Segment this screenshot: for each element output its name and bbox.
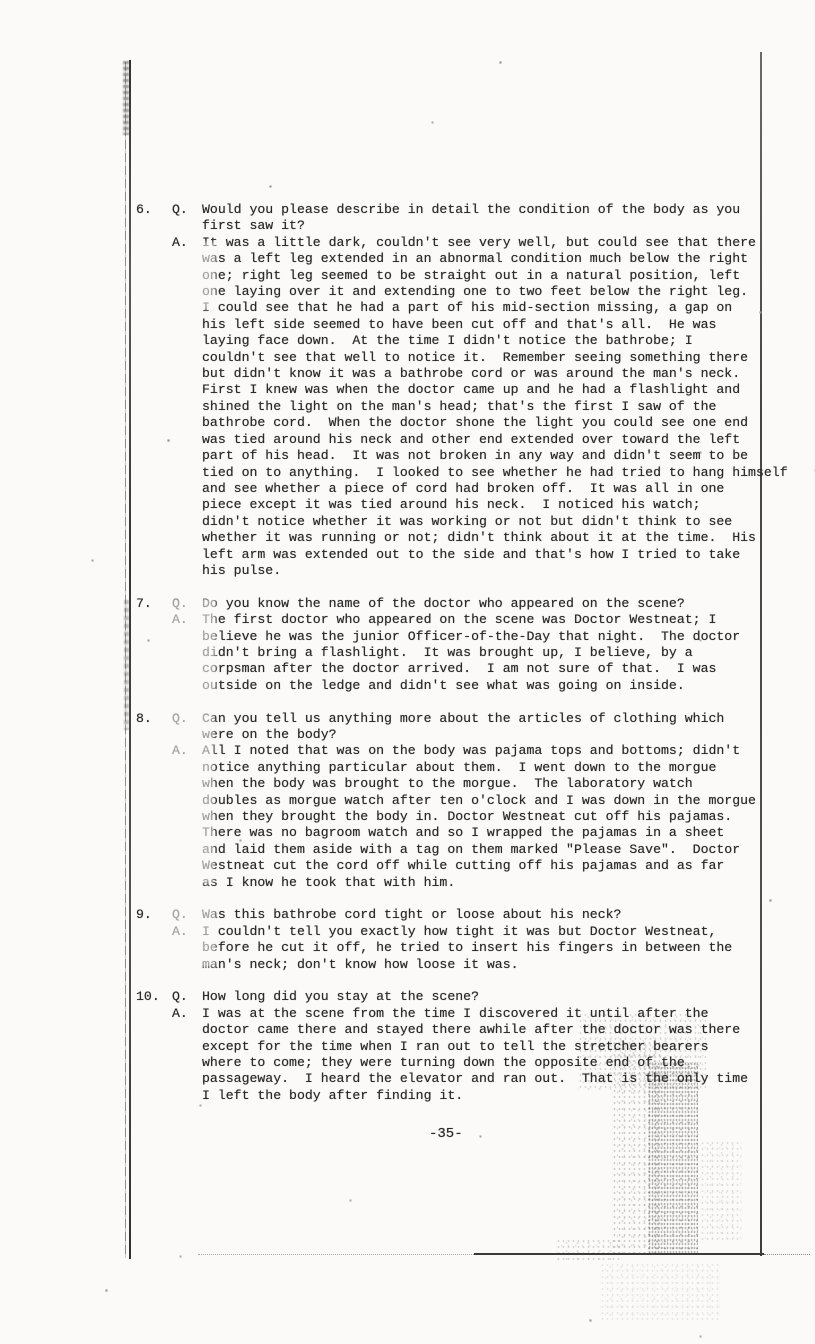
question-block: Q. Would you please describe in detail t…: [172, 202, 812, 235]
left-edge-line-inner: [129, 60, 131, 1259]
smudge-noise: [600, 1262, 720, 1322]
smudge-noise: [700, 1140, 742, 1240]
qa-item: 7. Q. Do you know the name of the doctor…: [136, 596, 812, 694]
scan-specks: [0, 0, 1, 1]
answer-block: A. It was a little dark, couldn't see ve…: [172, 235, 812, 580]
answer-text: I was at the scene from the time I disco…: [202, 1006, 812, 1104]
smudge-noise: [556, 1238, 620, 1260]
answer-block: A. I was at the scene from the time I di…: [172, 1006, 812, 1104]
question-marker: Q.: [172, 202, 188, 218]
scanned-document-page: 6. Q. Would you please describe in detai…: [0, 0, 815, 1344]
question-block: Q. Can you tell us anything more about t…: [172, 711, 812, 744]
answer-marker: A.: [172, 1006, 188, 1022]
item-number: 9.: [136, 907, 152, 923]
item-number: 8.: [136, 711, 152, 727]
question-text: Was this bathrobe cord tight or loose ab…: [202, 907, 812, 923]
qa-list: 6. Q. Would you please describe in detai…: [136, 202, 812, 1121]
answer-block: A. All I noted that was on the body was …: [172, 743, 812, 891]
left-edge-smudge-mid: [124, 600, 129, 730]
answer-text: I couldn't tell you exactly how tight it…: [202, 924, 812, 973]
left-edge-smudge-top: [123, 61, 129, 135]
faded-ink-overlay: [196, 242, 216, 310]
qa-item: 10. Q. How long did you stay at the scen…: [136, 989, 812, 1104]
question-block: Q. How long did you stay at the scene?: [172, 989, 812, 1005]
answer-block: A. The first doctor who appeared on the …: [172, 612, 812, 694]
answer-text: The first doctor who appeared on the sce…: [202, 612, 812, 694]
question-marker: Q.: [172, 989, 188, 1005]
answer-marker: A.: [172, 235, 188, 251]
question-text: Do you know the name of the doctor who a…: [202, 596, 812, 612]
qa-item: 8. Q. Can you tell us anything more abou…: [136, 711, 812, 891]
item-number: 10.: [136, 989, 160, 1005]
question-block: Q. Do you know the name of the doctor wh…: [172, 596, 812, 612]
qa-item: 6. Q. Would you please describe in detai…: [136, 202, 812, 579]
faded-ink-overlay: [168, 712, 214, 884]
faded-ink-overlay: [168, 905, 216, 967]
question-text: Can you tell us anything more about the …: [202, 711, 812, 744]
question-text: How long did you stay at the scene?: [202, 989, 812, 1005]
faded-ink-overlay: [168, 598, 216, 700]
question-text: Would you please describe in detail the …: [202, 202, 812, 235]
item-number: 7.: [136, 596, 152, 612]
qa-item: 9. Q. Was this bathrobe cord tight or lo…: [136, 907, 812, 973]
question-block: Q. Was this bathrobe cord tight or loose…: [172, 907, 812, 923]
item-number: 6.: [136, 202, 152, 218]
answer-text: It was a little dark, couldn't see very …: [202, 235, 812, 580]
bottom-edge-dashes: [198, 1254, 474, 1255]
answer-block: A. I couldn't tell you exactly how tight…: [172, 924, 812, 973]
bottom-edge-tail: [764, 1254, 810, 1255]
page-number: -35-: [429, 1126, 463, 1142]
answer-text: All I noted that was on the body was paj…: [202, 743, 812, 891]
